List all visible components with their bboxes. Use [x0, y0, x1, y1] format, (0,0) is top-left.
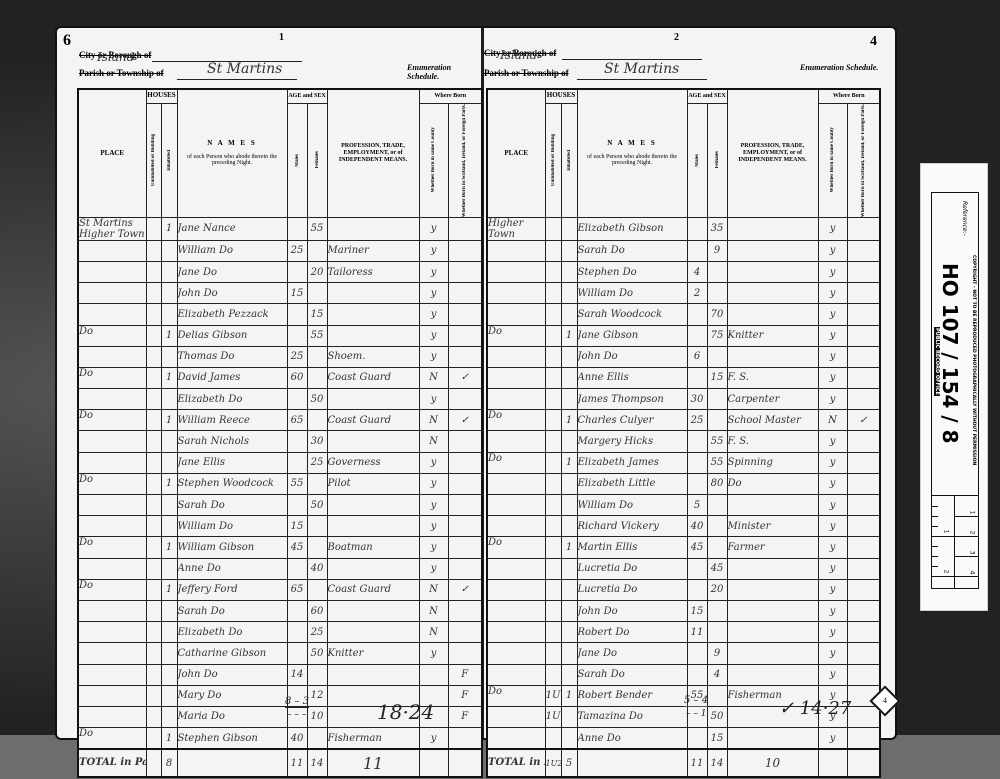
inhabited-cell — [561, 643, 577, 664]
same-county-cell: y — [818, 728, 847, 750]
total-uninhabited — [146, 749, 161, 777]
place-cell: Do — [487, 410, 545, 431]
foreign-born-cell — [847, 516, 880, 537]
name-cell: Sarah Do — [177, 600, 287, 621]
male-age-cell — [287, 643, 307, 664]
foreign-born-cell — [847, 622, 880, 643]
profession-cell: Coast Guard — [327, 367, 419, 388]
total-males: 11 — [687, 749, 707, 777]
same-county-cell: y — [818, 622, 847, 643]
foreign-born-cell — [847, 643, 880, 664]
col-uninhabited: Uninhabited or Building — [146, 103, 161, 217]
inhabited-cell — [161, 346, 177, 367]
name-cell: William Reece — [177, 410, 287, 431]
inhabited-cell — [561, 283, 577, 304]
place-cell: Higher Town — [487, 217, 545, 240]
female-age-cell: 50 — [307, 495, 327, 516]
census-row: Anne Ellis15F. S.y — [487, 367, 880, 388]
profession-cell — [727, 495, 818, 516]
uninhabited-cell — [545, 495, 561, 516]
foreign-born-cell: ✓ — [448, 410, 482, 431]
name-cell: Robert Do — [577, 622, 687, 643]
female-age-cell: 20 — [707, 579, 727, 600]
same-county-cell: y — [818, 217, 847, 240]
uninhabited-cell — [146, 495, 161, 516]
foreign-born-cell — [847, 431, 880, 452]
same-county-cell: y — [818, 452, 847, 473]
male-age-cell — [687, 664, 707, 685]
place-cell: Do — [78, 537, 146, 558]
uninhabited-cell — [545, 283, 561, 304]
census-row: Lucretia Do45y — [487, 558, 880, 579]
place-cell — [78, 558, 146, 579]
profession-cell: Minister — [727, 516, 818, 537]
same-county-cell: N — [419, 431, 448, 452]
profession-cell — [327, 431, 419, 452]
place-cell — [487, 473, 545, 494]
male-age-cell — [687, 558, 707, 579]
foreign-born-cell — [847, 728, 880, 750]
place-cell — [487, 643, 545, 664]
female-age-cell: 60 — [307, 600, 327, 621]
foreign-born-cell — [847, 283, 880, 304]
col-names: N A M E Sof each Person who abode therei… — [177, 89, 287, 217]
male-age-cell — [687, 217, 707, 240]
census-book: 6 1 City or Borough of Island Parish or … — [57, 28, 895, 738]
foreign-born-cell — [448, 558, 482, 579]
reference-strip: Reference:- HO 107 / 154 / 8 PUBLIC RECO… — [920, 163, 988, 611]
foreign-born-cell — [847, 304, 880, 325]
name-cell: James Thompson — [577, 389, 687, 410]
profession-cell: Do — [727, 473, 818, 494]
profession-cell — [727, 579, 818, 600]
name-cell: Maria Do — [177, 706, 287, 727]
col-males: Males — [687, 103, 707, 217]
foreign-born-cell — [448, 452, 482, 473]
census-row: Anne Do40y — [78, 558, 482, 579]
foreign-born-cell — [448, 240, 482, 261]
same-county-cell: y — [419, 516, 448, 537]
inhabited-cell: 1 — [561, 325, 577, 346]
same-county-cell: y — [818, 558, 847, 579]
inhabited-cell — [561, 389, 577, 410]
inhabited-cell: 1 — [161, 579, 177, 600]
col-males: Males — [287, 103, 307, 217]
folio-number: ✓ 14·27 — [779, 698, 851, 719]
col-place: PLACE — [78, 89, 146, 217]
inhabited-cell — [161, 240, 177, 261]
name-cell: John Do — [577, 346, 687, 367]
col-houses: HOUSES — [545, 89, 577, 103]
name-cell: Elizabeth James — [577, 452, 687, 473]
female-age-cell — [707, 283, 727, 304]
census-row: Do1William Reece65Coast GuardN✓ — [78, 410, 482, 431]
profession-cell — [327, 217, 419, 240]
profession-cell — [327, 558, 419, 579]
col-females: Females — [307, 103, 327, 217]
place-cell: Do — [78, 473, 146, 494]
name-cell: William Do — [177, 516, 287, 537]
inhabited-cell: 1 — [161, 367, 177, 388]
folio-number: 18·24 — [377, 700, 434, 724]
female-age-cell — [307, 664, 327, 685]
inhabited-cell: 1 — [161, 217, 177, 240]
same-county-cell: y — [419, 452, 448, 473]
uninhabited-cell — [146, 431, 161, 452]
male-age-cell: 60 — [287, 367, 307, 388]
place-cell — [487, 304, 545, 325]
inhabited-cell — [561, 706, 577, 727]
male-age-cell: 14 — [287, 664, 307, 685]
foreign-born-cell — [448, 389, 482, 410]
name-cell: William Gibson — [177, 537, 287, 558]
same-county-cell: y — [419, 728, 448, 750]
total-inhabited: 8 — [161, 749, 177, 777]
name-cell: John Do — [577, 600, 687, 621]
inhabited-cell — [561, 558, 577, 579]
female-age-cell: 10 — [307, 706, 327, 727]
male-age-cell: 6 — [687, 346, 707, 367]
uninhabited-cell — [545, 664, 561, 685]
inhabited-cell: 1 — [161, 537, 177, 558]
total-females: 14 — [307, 749, 327, 777]
female-age-cell: 50 — [307, 389, 327, 410]
inhabited-cell — [161, 431, 177, 452]
uninhabited-cell — [146, 452, 161, 473]
place-cell: Do — [487, 685, 545, 706]
inhabited-cell — [561, 431, 577, 452]
name-cell: Lucretia Do — [577, 579, 687, 600]
inhabited-cell: 1 — [561, 537, 577, 558]
census-row: William Do2y — [487, 283, 880, 304]
total-foreign — [448, 749, 482, 777]
male-age-cell — [287, 495, 307, 516]
profession-cell: Coast Guard — [327, 579, 419, 600]
profession-cell — [727, 558, 818, 579]
uninhabited-cell — [146, 304, 161, 325]
profession-cell — [327, 664, 419, 685]
uninhabited-cell — [545, 367, 561, 388]
male-age-cell — [287, 217, 307, 240]
same-county-cell — [419, 664, 448, 685]
place-cell — [78, 643, 146, 664]
inhabited-cell — [161, 558, 177, 579]
foreign-born-cell — [448, 495, 482, 516]
same-county-cell: y — [818, 473, 847, 494]
male-age-cell: 15 — [287, 516, 307, 537]
col-same-county: Whether Born in same County — [419, 103, 448, 217]
name-cell: Jeffery Ford — [177, 579, 287, 600]
female-age-cell: 45 — [707, 558, 727, 579]
place-cell — [78, 346, 146, 367]
foreign-born-cell: ✓ — [448, 579, 482, 600]
male-age-cell: 25 — [287, 346, 307, 367]
foreign-born-cell — [448, 217, 482, 240]
profession-cell: Pilot — [327, 473, 419, 494]
col-scotland-ireland: Whether Born in Scotland, Ireland, or Fo… — [847, 103, 880, 217]
total-row: TOTAL in Page 2 1U2 5 11 14 10 — [487, 749, 880, 777]
female-age-cell: 12 — [307, 685, 327, 706]
census-row: Richard Vickery40Ministery — [487, 516, 880, 537]
male-age-cell: 5 — [687, 495, 707, 516]
col-names: N A M E Sof each Person who abode therei… — [577, 89, 687, 217]
uninhabited-cell — [545, 600, 561, 621]
place-cell — [487, 600, 545, 621]
name-cell: Tamazina Do — [577, 706, 687, 727]
same-county-cell: N — [419, 622, 448, 643]
female-age-cell: 55 — [707, 431, 727, 452]
same-county-cell: y — [419, 389, 448, 410]
female-age-cell: 35 — [707, 217, 727, 240]
male-age-cell: 15 — [287, 283, 307, 304]
same-county-cell: N — [419, 410, 448, 431]
female-age-cell — [707, 410, 727, 431]
female-age-cell — [707, 346, 727, 367]
place-cell — [487, 664, 545, 685]
profession-cell: Shoem. — [327, 346, 419, 367]
male-age-cell: 4 — [687, 261, 707, 282]
profession-cell — [727, 217, 818, 240]
female-age-cell: 9 — [707, 240, 727, 261]
female-age-cell: 55 — [307, 217, 327, 240]
foreign-born-cell — [847, 579, 880, 600]
name-cell: Stephen Gibson — [177, 728, 287, 750]
profession-cell: Coast Guard — [327, 410, 419, 431]
inhabited-cell: 1 — [161, 410, 177, 431]
place-cell: Do — [487, 452, 545, 473]
copyright-notice: COPYRIGHT - NOT TO BE REPRODUCED PHOTOGR… — [971, 255, 976, 465]
inhabited-cell — [161, 389, 177, 410]
female-age-cell — [307, 346, 327, 367]
inhabited-cell: 1 — [161, 473, 177, 494]
inhabited-cell — [161, 261, 177, 282]
same-county-cell: N — [419, 600, 448, 621]
same-county-cell: y — [818, 431, 847, 452]
female-age-cell — [307, 367, 327, 388]
schedule-label: Enumeration Schedule. — [800, 63, 878, 72]
place-cell — [487, 431, 545, 452]
foreign-born-cell — [448, 516, 482, 537]
uninhabited-cell — [545, 643, 561, 664]
inhabited-cell — [561, 516, 577, 537]
female-age-cell — [307, 537, 327, 558]
uninhabited-cell: 1U — [545, 706, 561, 727]
profession-cell — [727, 643, 818, 664]
name-cell: Sarah Woodcock — [577, 304, 687, 325]
col-profession: PROFESSION, TRADE, EMPLOYMENT, or of IND… — [727, 89, 818, 217]
total-males: 11 — [287, 749, 307, 777]
name-cell: Sarah Do — [577, 664, 687, 685]
foreign-born-cell — [448, 283, 482, 304]
profession-cell: Boatman — [327, 537, 419, 558]
name-cell: Sarah Do — [177, 495, 287, 516]
place-cell — [78, 622, 146, 643]
place-cell — [487, 728, 545, 750]
uninhabited-cell — [545, 325, 561, 346]
col-inhabited: Inhabited — [161, 103, 177, 217]
name-cell: Jane Do — [177, 261, 287, 282]
male-age-cell: 11 — [687, 622, 707, 643]
profession-cell — [327, 622, 419, 643]
name-cell: David James — [177, 367, 287, 388]
female-age-cell — [707, 261, 727, 282]
foreign-born-cell — [847, 325, 880, 346]
inhabited-cell — [161, 643, 177, 664]
place-cell: Do — [487, 325, 545, 346]
foreign-born-cell — [847, 452, 880, 473]
parish-label: Parish or Township of — [484, 68, 569, 78]
census-row: Jane Ellis25Governessy — [78, 452, 482, 473]
tally-note: 8 – 3 — [285, 696, 309, 708]
female-age-cell: 75 — [707, 325, 727, 346]
same-county-cell: y — [419, 537, 448, 558]
place-cell: Do — [78, 410, 146, 431]
name-cell: Catharine Gibson — [177, 643, 287, 664]
female-age-cell — [307, 283, 327, 304]
name-cell: Jane Nance — [177, 217, 287, 240]
uninhabited-cell — [146, 346, 161, 367]
island-handwritten: Island — [500, 48, 537, 62]
male-age-cell — [687, 431, 707, 452]
name-cell: Mary Do — [177, 685, 287, 706]
female-age-cell: 50 — [707, 706, 727, 727]
female-age-cell: 50 — [307, 643, 327, 664]
foreign-born-cell — [448, 600, 482, 621]
uninhabited-cell — [146, 685, 161, 706]
name-cell: Anne Ellis — [577, 367, 687, 388]
census-row: Anne Do15y — [487, 728, 880, 750]
foreign-born-cell — [448, 325, 482, 346]
female-age-cell — [307, 473, 327, 494]
foreign-born-cell — [448, 643, 482, 664]
census-row: Do1Jane Gibson75Knittery — [487, 325, 880, 346]
census-row: Higher TownElizabeth Gibson35y — [487, 217, 880, 240]
total-names — [577, 749, 687, 777]
male-age-cell — [687, 728, 707, 750]
foreign-born-cell: F — [448, 685, 482, 706]
same-county-cell: y — [419, 217, 448, 240]
place-cell — [487, 495, 545, 516]
uninhabited-cell — [146, 283, 161, 304]
same-county-cell: y — [818, 283, 847, 304]
foreign-born-cell: ✓ — [448, 367, 482, 388]
page-number: 2 — [674, 32, 679, 43]
female-age-cell: 55 — [307, 325, 327, 346]
census-row: Do1Elizabeth James55Spinningy — [487, 452, 880, 473]
foreign-born-cell — [847, 664, 880, 685]
female-age-cell — [707, 600, 727, 621]
name-cell: Lucretia Do — [577, 558, 687, 579]
same-county-cell: y — [818, 579, 847, 600]
same-county-cell: y — [419, 261, 448, 282]
census-row: Do1Charles Culyer25School MasterN✓ — [487, 410, 880, 431]
same-county-cell: y — [419, 325, 448, 346]
inhabited-cell — [561, 622, 577, 643]
uninhabited-cell — [146, 217, 161, 240]
uninhabited-cell — [545, 558, 561, 579]
total-county — [419, 749, 448, 777]
uninhabited-cell — [545, 389, 561, 410]
census-row: Lucretia Do20y — [487, 579, 880, 600]
inhabited-cell — [561, 728, 577, 750]
uninhabited-cell — [545, 579, 561, 600]
male-age-cell: 25 — [687, 410, 707, 431]
name-cell: Elizabeth Do — [177, 389, 287, 410]
male-age-cell — [287, 622, 307, 643]
total-inhabited: 5 — [561, 749, 577, 777]
female-age-cell: 30 — [307, 431, 327, 452]
inhabited-cell: 1 — [161, 728, 177, 750]
inhabited-cell — [161, 495, 177, 516]
census-row: James Thompson30Carpentery — [487, 389, 880, 410]
uninhabited-cell — [146, 622, 161, 643]
name-cell: Margery Hicks — [577, 431, 687, 452]
uninhabited-cell — [146, 240, 161, 261]
uninhabited-cell — [146, 537, 161, 558]
same-county-cell: y — [818, 537, 847, 558]
place-cell — [487, 579, 545, 600]
place-cell — [487, 706, 545, 727]
foreign-born-cell: ✓ — [847, 410, 880, 431]
female-age-cell — [707, 537, 727, 558]
place-cell — [78, 431, 146, 452]
census-row: St Martins Higher Town1Jane Nance55y — [78, 217, 482, 240]
male-age-cell — [687, 452, 707, 473]
census-row: Elizabeth Do50y — [78, 389, 482, 410]
place-cell: Do — [78, 325, 146, 346]
foreign-born-cell — [448, 537, 482, 558]
col-place: PLACE — [487, 89, 545, 217]
male-age-cell — [287, 325, 307, 346]
same-county-cell: y — [818, 261, 847, 282]
census-row: Do1Martin Ellis45Farmery — [487, 537, 880, 558]
profession-cell: Mariner — [327, 240, 419, 261]
male-age-cell: 30 — [687, 389, 707, 410]
profession-cell — [727, 240, 818, 261]
same-county-cell: N — [419, 579, 448, 600]
profession-cell: Fisherman — [327, 728, 419, 750]
female-age-cell: 70 — [707, 304, 727, 325]
census-row: Do1Stephen Gibson40Fishermany — [78, 728, 482, 750]
uninhabited-cell — [545, 516, 561, 537]
same-county-cell: N — [818, 410, 847, 431]
name-cell: Stephen Woodcock — [177, 473, 287, 494]
parish-value: St Martins — [604, 61, 679, 77]
place-cell — [78, 283, 146, 304]
uninhabited-cell — [545, 473, 561, 494]
same-county-cell: y — [818, 600, 847, 621]
uninhabited-cell — [146, 473, 161, 494]
total-profession: 10 — [727, 749, 818, 777]
census-row: Elizabeth Little80Doy — [487, 473, 880, 494]
male-age-cell: 15 — [687, 600, 707, 621]
inhabited-cell — [561, 579, 577, 600]
name-cell: Thomas Do — [177, 346, 287, 367]
same-county-cell: y — [419, 473, 448, 494]
name-cell: Elizabeth Gibson — [577, 217, 687, 240]
same-county-cell: y — [419, 558, 448, 579]
uninhabited-cell: 1U — [545, 685, 561, 706]
uninhabited-cell — [146, 579, 161, 600]
female-age-cell: 9 — [707, 643, 727, 664]
uninhabited-cell — [146, 600, 161, 621]
inhabited-cell — [161, 706, 177, 727]
census-row: William Do15y — [78, 516, 482, 537]
female-age-cell: 55 — [707, 452, 727, 473]
uninhabited-cell — [545, 346, 561, 367]
inhabited-cell: 1 — [561, 685, 577, 706]
uninhabited-cell — [545, 452, 561, 473]
